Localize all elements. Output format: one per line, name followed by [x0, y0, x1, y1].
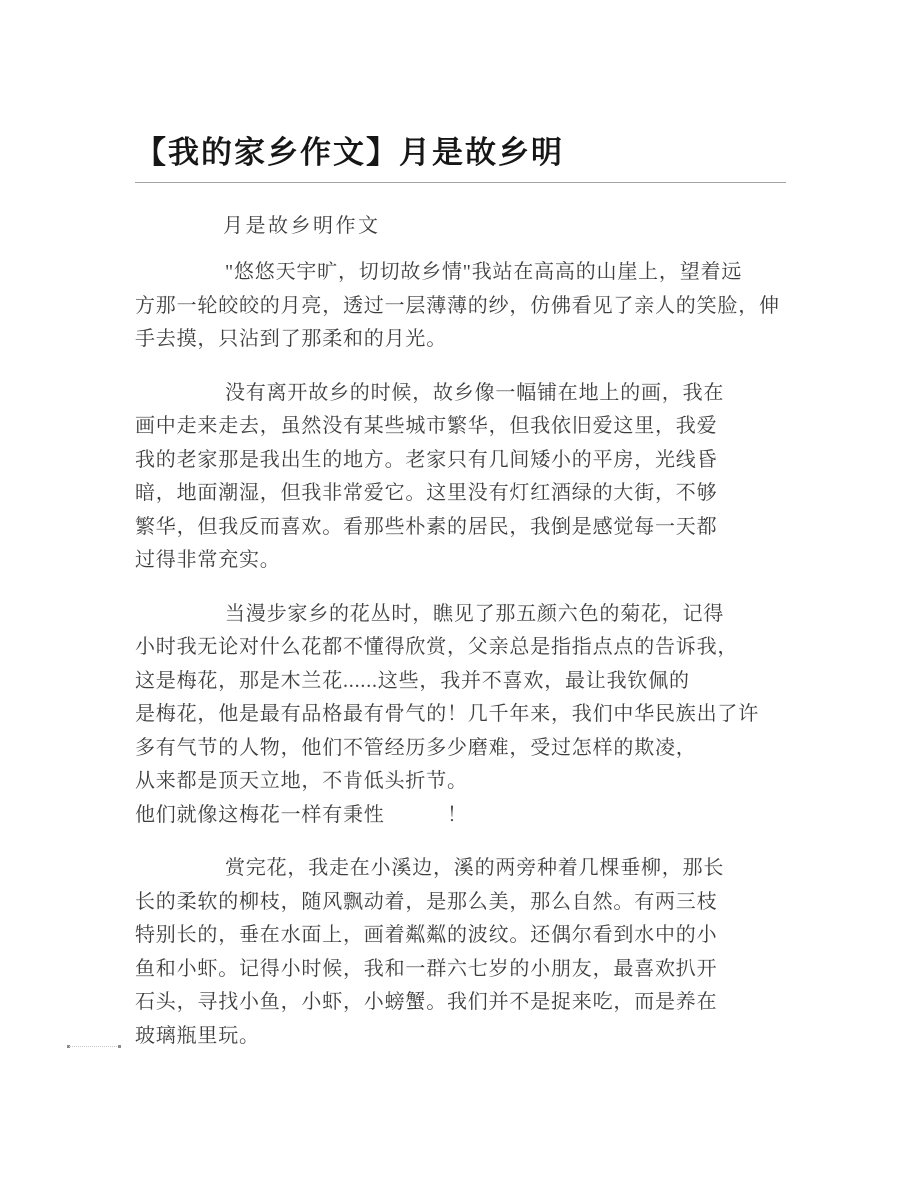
- dotted-line: [69, 1046, 119, 1047]
- document-page: 【我的家乡作文】月是故乡明 月是故乡明作文 "悠悠天宇旷，切切故乡情"我站在高高…: [0, 0, 920, 1192]
- dotted-line-right-endpoint: [118, 1045, 121, 1048]
- page-title: 【我的家乡作文】月是故乡明: [135, 127, 564, 172]
- paragraph-1: "悠悠天宇旷，切切故乡情"我站在高高的山崖上，望着远 方那一轮皎皎的月亮，透过一…: [135, 256, 790, 357]
- paragraph-3: 当漫步家乡的花丛时，瞧见了那五颜六色的菊花，记得 小时我无论对什么花都不懂得欣赏…: [135, 598, 790, 833]
- dotted-line-mark: [67, 1044, 121, 1049]
- essay-body: "悠悠天宇旷，切切故乡情"我站在高高的山崖上，望着远 方那一轮皎皎的月亮，透过一…: [135, 256, 790, 1073]
- title-divider: [135, 182, 786, 183]
- paragraph-2: 没有离开故乡的时候，故乡像一幅铺在地上的画，我在 画中走来走去，虽然没有某些城市…: [135, 377, 790, 578]
- paragraph-4: 赏完花，我走在小溪边，溪的两旁种着几棵垂柳，那长 长的柔软的柳枝，随风飘动着，是…: [135, 852, 790, 1053]
- subtitle: 月是故乡明作文: [223, 209, 381, 238]
